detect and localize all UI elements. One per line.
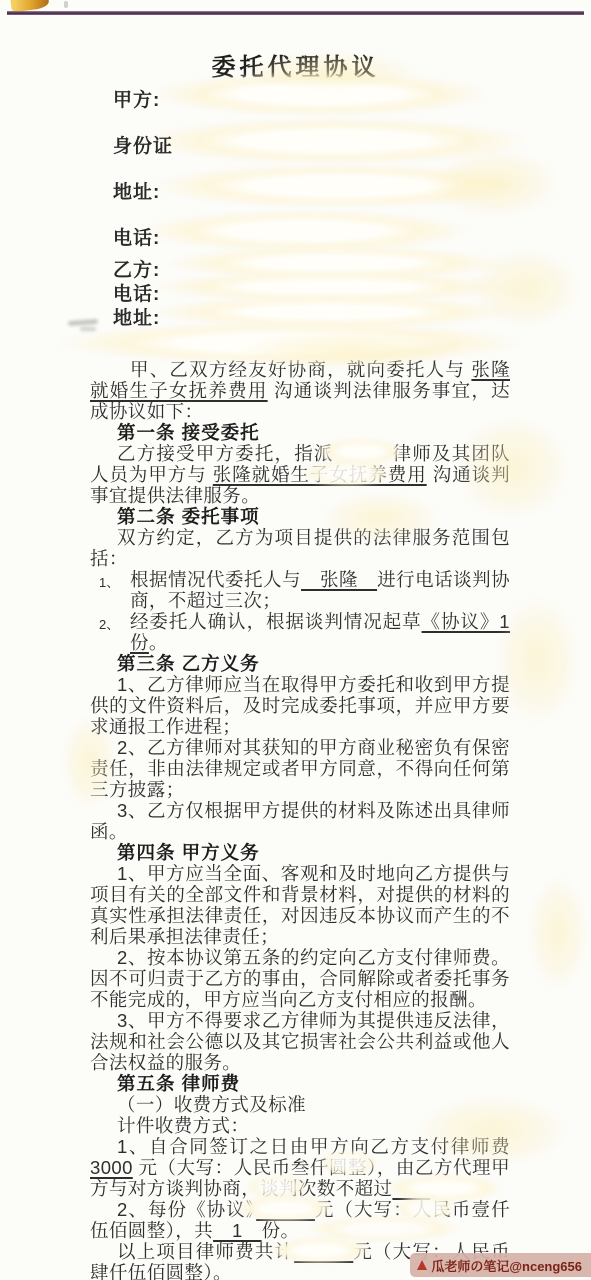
- item-number: 1、: [99, 572, 119, 593]
- blank-underlined: [392, 1178, 430, 1199]
- redaction-blob: [140, 210, 470, 252]
- redaction-blob: [165, 246, 505, 280]
- blank-underlined: [256, 1199, 315, 1220]
- section-4-heading: 第四条 甲方义务: [90, 842, 510, 863]
- section-5-subheading: （一）收费方式及标准: [90, 1094, 510, 1115]
- watermelon-icon: [417, 1260, 427, 1270]
- watermark-text: 瓜老师の笔记@nceng656: [431, 1256, 582, 1275]
- scan-stain: [528, 875, 588, 990]
- scan-stain: [430, 148, 560, 218]
- header-mark: [64, 1, 68, 8]
- party-a-id-label: 身份证: [113, 131, 173, 155]
- party-b-address-label: 地址:: [113, 303, 160, 327]
- scan-stain: [470, 248, 580, 328]
- item-text: 。: [149, 632, 168, 653]
- redaction-blob: [150, 272, 510, 302]
- redaction-blob: [150, 164, 530, 208]
- fee-text: 1、自合同签订之日由甲方向乙方支付律师费: [117, 1136, 510, 1157]
- fee-text: 2、每份《协议》: [117, 1199, 256, 1220]
- document-page: 委托代理协议 甲方: 身份证 地址: 电话: 乙方: 电话: 地址: 甲、乙双方…: [0, 0, 591, 1280]
- party-b-name-label: 乙方:: [113, 255, 160, 279]
- party-a-phone-label: 电话:: [113, 223, 173, 247]
- fee-paragraph-1: 1、自合同签订之日由甲方向乙方支付律师费 3000 元（大写：人民币叁仟圆整），…: [90, 1136, 510, 1199]
- document-title: 委托代理协议: [0, 47, 591, 82]
- preamble-paragraph: 甲、乙双方经友好协商，就向委托人与 张隆就婚生子女抚养费用 沟通谈判法律服务事宜…: [90, 359, 510, 422]
- section-3-paragraph-2: 2、乙方律师对其获知的甲方商业秘密负有保密责任，非由法律规定或者甲方同意，不得向…: [90, 737, 510, 800]
- section-2-intro: 双方约定，乙方为项目提供的法律服务范围包括：: [90, 527, 510, 569]
- fee-text: 份。: [262, 1220, 300, 1241]
- service-scope-item-1: 1、根据情况代委托人与 张隆 进行电话谈判协商，不超过三次；: [90, 569, 510, 611]
- item-text: 根据情况代委托人与: [130, 569, 301, 590]
- party-a-address-label: 地址:: [113, 177, 173, 201]
- fee-text: ；: [430, 1178, 449, 1199]
- redaction-blob: [140, 118, 530, 164]
- section-3-paragraph-3: 3、乙方仅根据甲方提供的材料及陈述出具律师函。: [90, 800, 510, 842]
- header-divider: [7, 11, 584, 15]
- blank-underlined: [294, 1241, 353, 1262]
- service-scope-item-2: 2、经委托人确认，根据谈判情况起草《协议》1份。: [90, 611, 510, 653]
- preamble-text: 甲、乙双方经友好协商，就向委托人与: [130, 359, 471, 380]
- party-a-name-label: 甲方:: [113, 85, 173, 109]
- fee-text: 以上项目律师费共计: [117, 1241, 294, 1262]
- contract-body: 甲、乙双方经友好协商，就向委托人与 张隆就婚生子女抚养费用 沟通谈判法律服务事宜…: [90, 359, 510, 1280]
- counterparty-name-underlined: 张隆: [301, 569, 377, 590]
- item-number: 2、: [99, 614, 119, 635]
- watermark-badge: 瓜老师の笔记@nceng656: [410, 1253, 591, 1277]
- erased-handwriting-mark: [68, 319, 98, 326]
- section-4-paragraph-3: 3、甲方不得要求乙方律师为其提供违反法律，法规和社会公德以及其它损害社会公共利益…: [90, 1010, 510, 1073]
- party-b-phone-label: 电话:: [113, 279, 160, 303]
- redaction-blob: [150, 296, 510, 328]
- section-1-paragraph: 乙方接受甲方委托，指派 律师及其团队人员为甲方与 张隆就婚生子女抚养费用 沟通谈…: [90, 443, 510, 506]
- section-1-heading: 第一条 接受委托: [90, 422, 510, 443]
- section-5-heading: 第五条 律师费: [90, 1073, 510, 1094]
- party-a-block: 甲方: 身份证 地址: 电话:: [113, 85, 173, 269]
- section-3-paragraph-1: 1、乙方律师应当在取得甲方委托和收到甲方提供的文件资料后，及时完成委托事项，并应…: [90, 674, 510, 737]
- section-2-heading: 第二条 委托事项: [90, 506, 510, 527]
- section-5-intro: 计件收费方式：: [90, 1115, 510, 1136]
- section-4-paragraph-1: 1、甲方应当全面、客观和及时地向乙方提供与项目有关的全部文件和背景材料，对提供的…: [90, 863, 510, 947]
- party-b-block: 乙方: 电话: 地址:: [113, 255, 160, 327]
- copy-count-underlined: 1: [213, 1220, 262, 1241]
- fee-amount-underlined: 3000: [90, 1157, 133, 1178]
- matter-name-underlined: 张隆就婚生子女抚养费用: [213, 464, 427, 485]
- section-3-heading: 第三条 乙方义务: [90, 653, 510, 674]
- section-4-paragraph-2: 2、按本协议第五条的约定向乙方支付律师费。因不可归责于乙方的事由，合同解除或者委…: [90, 947, 510, 1010]
- erased-handwriting-mark: [80, 327, 96, 331]
- item-text: 经委托人确认，根据谈判情况起草: [130, 611, 422, 632]
- fee-paragraph-2: 2、每份《协议》 元（大写：人民币壹仟伍佰圆整），共 1 份。: [90, 1199, 510, 1241]
